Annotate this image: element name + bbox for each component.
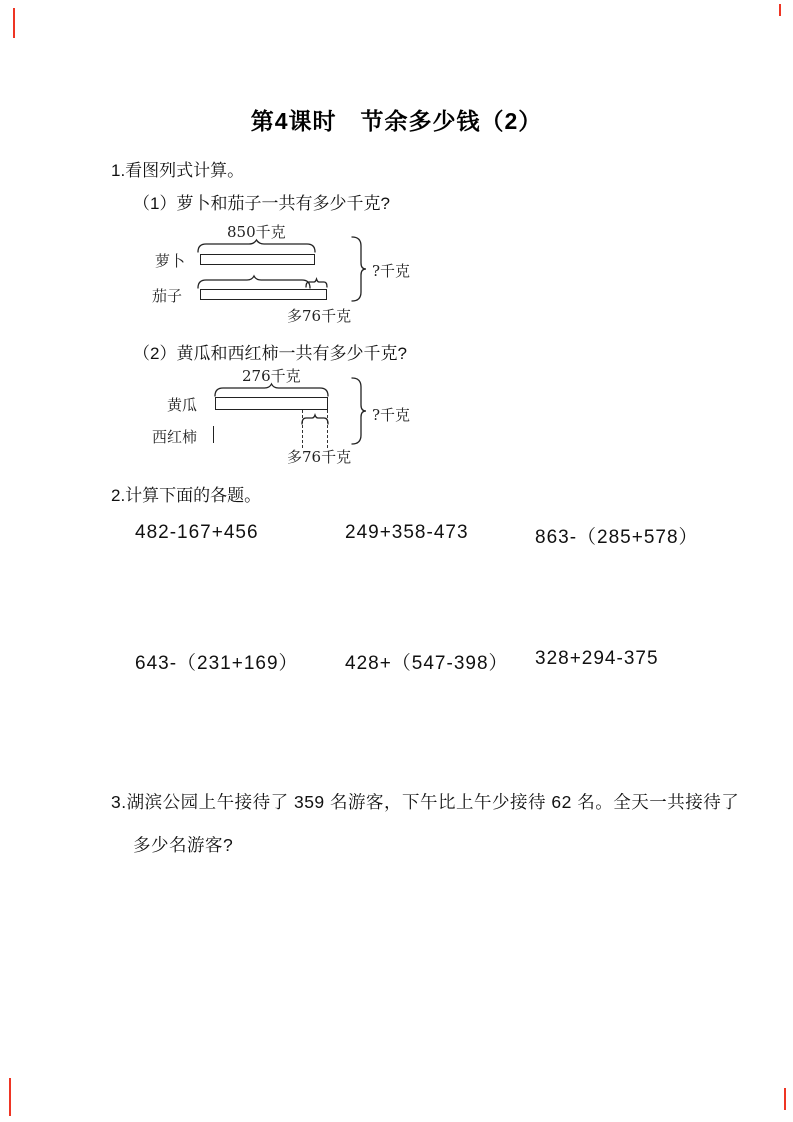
- section2-heading: 2.计算下面的各题。: [111, 481, 261, 506]
- diagram1-right-brace-graphic: [352, 237, 366, 301]
- page-title: 第4课时 节余多少钱（2）: [0, 103, 793, 136]
- diagram1-overbrace2-graphic: [198, 276, 310, 288]
- diagram2-row2-label: 西红柿: [152, 426, 197, 447]
- diagram1-overbrace-graphic: [198, 240, 315, 253]
- diagram1-row1-label: 萝卜: [155, 250, 185, 271]
- diagram1-extra-brace-graphic: [306, 279, 327, 287]
- problem1-heading: （1）萝卜和茄子一共有多少千克?: [133, 189, 390, 214]
- diagram1-row2-label: 茄子: [152, 285, 182, 306]
- diagram2-question-label: ?千克: [372, 404, 410, 425]
- diagram2-tomato-bar-tick: [213, 426, 214, 443]
- diagram2-top-weight-label: 276千克: [242, 365, 301, 386]
- corner-mark-bottom-right: [784, 1088, 786, 1110]
- expression-1-2: 249+358-473: [345, 522, 469, 544]
- corner-mark-bottom-left: [9, 1078, 11, 1116]
- diagram2-extra-brace-graphic: [302, 415, 328, 424]
- expression-2-1: 643-（231+169）: [135, 648, 299, 675]
- expression-2-3: 328+294-375: [535, 648, 659, 670]
- problem2-heading: （2）黄瓜和西红柿一共有多少千克?: [133, 339, 407, 364]
- section3-line2: 多少名游客?: [133, 832, 233, 857]
- corner-mark-top-left: [13, 8, 15, 38]
- expression-2-2: 428+（547-398）: [345, 648, 509, 675]
- diagram1-radish-bar: [200, 254, 315, 265]
- section3-line1: 3.湖滨公园上午接待了 359 名游客，下午比上午少接待 62 名。全天一共接待…: [111, 789, 739, 814]
- diagram2-overbrace-graphic: [215, 384, 328, 397]
- diagram2-right-brace-graphic: [352, 378, 366, 444]
- diagram1-question-label: ?千克: [372, 260, 410, 281]
- diagram2-extra-weight-label: 多76千克: [287, 446, 351, 467]
- diagram2-row1-label: 黄瓜: [167, 394, 197, 415]
- diagram1-extra-weight-label: 多76千克: [287, 305, 351, 326]
- corner-mark-top-right: [779, 4, 781, 16]
- expression-1-3: 863-（285+578）: [535, 522, 699, 549]
- worksheet-page: 第4课时 节余多少钱（2） 1.看图列式计算。 （1）萝卜和茄子一共有多少千克?…: [0, 0, 793, 1122]
- diagram2-cucumber-bar: [215, 397, 328, 410]
- section1-heading: 1.看图列式计算。: [111, 156, 244, 181]
- expression-1-1: 482-167+456: [135, 522, 259, 544]
- diagram1-eggplant-bar: [200, 289, 327, 300]
- diagram1-top-weight-label: 850千克: [227, 221, 286, 242]
